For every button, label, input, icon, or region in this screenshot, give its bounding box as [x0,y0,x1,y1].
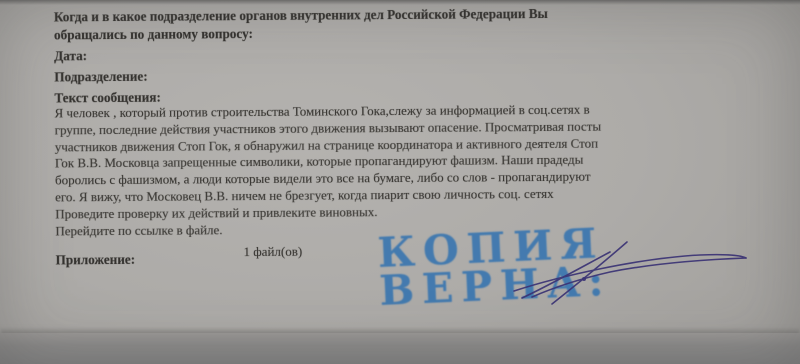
stamp-line2: ВЕРНА: [379,262,612,310]
division-label: Подразделение: [54,69,147,86]
files-count: 1 файл(ов) [243,244,302,260]
date-label: Дата: [54,48,87,64]
attachment-label: Приложение: [55,252,135,269]
copy-verified-stamp: КОПИЯ ВЕРНА: [377,224,612,310]
message-body: Я человек , который против строительства… [54,102,601,240]
document-photo: Когда и в какое подразделение органов вн… [0,0,800,364]
question-heading-line1: Когда и в какое подразделение органов вн… [54,6,548,25]
question-heading-line2: обращались по данному вопросу: [54,26,253,43]
